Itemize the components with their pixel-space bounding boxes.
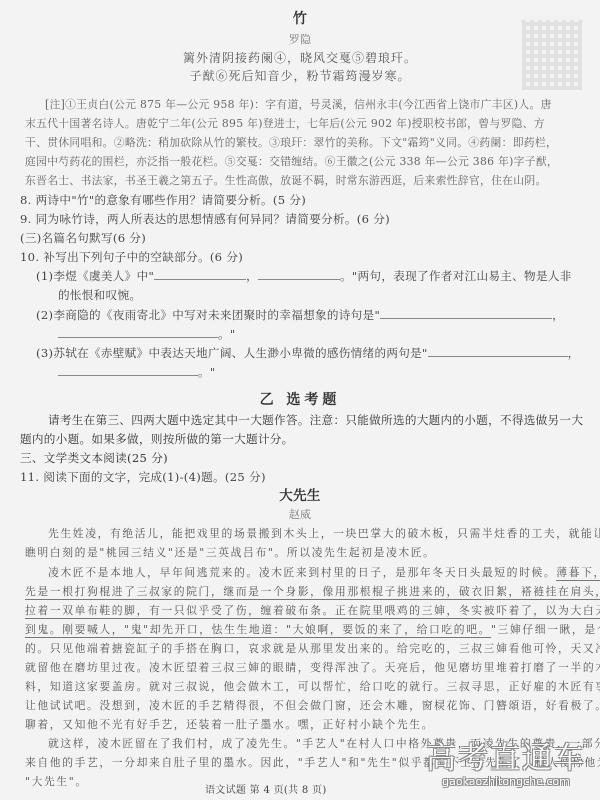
question-10-1: (1)李煜《虞美人》中"，。"两句，表现了作者对江山易主、物是人非: [36, 269, 572, 283]
question-10-1-cont: 的怅恨和叹惋。: [58, 288, 141, 302]
answer-blank[interactable]: [58, 327, 218, 338]
note-line-3: 干、贯休同唱和。②略洗：稍加砍除从竹的繁枝。③琅玕：翠竹的美称。下文"霜筠"义同…: [25, 136, 557, 150]
story-p2-line-9: 聊着，又知他不光有好手艺，还装着一肚子墨水。嘿，正好村小缺个先生。: [25, 718, 434, 732]
story-p2-line-1: 凌木匠不是本地人，早年间逃荒来的。凌木匠来到村里的日子，是那年冬天日头最短的时候…: [48, 566, 600, 580]
story-author: 赵威: [0, 508, 600, 522]
answer-blank[interactable]: [258, 269, 340, 280]
note-line-4: 庭园中芍药花的围栏，亦泛指一般花栏。⑤交戛：交错缠结。⑥王徽之(公元 338 年…: [25, 155, 558, 169]
note-line-1: [注]①王贞白(公元 875 年—公元 958 年)：字有道，号灵溪，信州永丰(…: [45, 98, 552, 112]
elective-section-title: 乙 选考题: [0, 393, 600, 407]
question-10-3-cont: 。": [58, 365, 216, 379]
story-p2-line-6: 就留他在磨坊里过夜。凌木匠望着三叔三婶的眼睛，变得浑浊了。天亮后，他见磨坊里堆着…: [25, 661, 600, 675]
elective-instruction-1: 请考生在第三、四两大题中选定其中一大题作答。注意：只能做所选的大题内的小题，不得…: [48, 413, 583, 427]
question-8: 8. 两诗中"竹"的意象有哪些作用？请简要分析。(5 分): [20, 193, 306, 207]
story-p2-line-8: 让他试试吧。没想到，凌木匠的手艺精得很，不但会做门窗，还会木雕，窗棂花饰、门簪頌…: [25, 699, 600, 713]
section-3-literary-heading: 三、文学类文本阅读(25 分): [20, 451, 168, 465]
section-3-heading: (三)名篇名句默写(6 分): [20, 231, 146, 245]
story-p3-line-3: "大先生"。: [25, 775, 88, 789]
question-10-2-cont: 。": [58, 327, 236, 341]
poem-author: 罗隐: [0, 33, 600, 47]
site-watermark: 高考直通车 gaokaozhitongche.com: [426, 743, 586, 788]
poem-line-2: 子猷⑥死后知音少，粉节霜筠漫岁寒。: [0, 69, 600, 83]
question-11: 11. 阅读下面的文字，完成(1)-(4)题。(25 分): [20, 470, 266, 484]
question-10-2: (2)李商隐的《夜雨寄北》中写对未来团聚时的幸福想象的诗句是"，: [36, 308, 564, 322]
note-line-2: 末五代十国著名诗人。唐乾宁二年(公元 895 年)登进士，七年后(公元 902 …: [25, 117, 545, 131]
story-p1-line-1: 先生姓凌，有绝活儿，能把戏里的场景搬到木头上，一块巴掌大的破木板，只需半炷香的工…: [48, 527, 600, 541]
elective-instruction-2: 题内的小题。如果多做，则按所做的第一大题计分。: [20, 432, 294, 446]
watermark-cn: 高考直通车: [426, 743, 586, 775]
story-p2-line-5: 的。只见他端着搪瓷缸子的手搭在胸口，哀求就是从那里发出来的。给完吃的，三叔三婶看…: [25, 642, 600, 656]
question-9: 9. 同为咏竹诗，两人所表达的思想情感有何异同？请简要分析。(6 分): [20, 212, 390, 226]
exam-page: 竹 罗隐 篱外清阴接药阑④，晓风交戛⑤碧琅玕。 子猷⑥死后知音少，粉节霜筠漫岁寒…: [0, 0, 600, 800]
story-p2-line-2: 先是一根打狗棍进了三叔家的院门，继而是一个身影，像用那根棍子挑进来的，破衣旧絮，…: [25, 585, 600, 599]
watermark-url: gaokaozhitongche.com: [426, 775, 586, 788]
answer-blank[interactable]: [380, 308, 552, 319]
answer-blank[interactable]: [58, 365, 198, 376]
answer-blank[interactable]: [154, 269, 246, 280]
story-p2-line-4: 到鬼。刚要喊人，"鬼"却先开口，怯生生地道："大娘啊，要饭的来了，给口吃的吧。"…: [25, 623, 600, 637]
question-10: 10. 补写出下列句子中的空缺部分。(6 分): [20, 250, 243, 264]
story-p2-line-3: 拉着一双单布鞋的脚，有一只似乎受了伤，缠着破布条。正在院里喂鸡的三婶，冬实被吓着…: [25, 604, 600, 618]
story-title: 大先生: [0, 489, 600, 503]
question-10-3: (3)苏轼在《赤壁赋》中表达天地广阔、人生渺小卑微的感伤情绪的两句是"，: [36, 346, 580, 360]
story-p2-line-7: 料，知道这家要盖房。就对三叔说，他会做木工，可以帮忙，给口吃的就行。三叔寻思，正…: [25, 680, 600, 694]
story-p1-line-2: 瞧明白刻的是"桃园三结义"还是"三英战吕布"。所以凌先生起初是凌木匠。: [25, 546, 436, 560]
poem-line-1: 篱外清阴接药阑④，晓风交戛⑤碧琅玕。: [0, 51, 600, 65]
page-footer: 语文试题 第 4 页(共 8 页): [205, 784, 327, 798]
answer-blank[interactable]: [428, 346, 568, 357]
poem-title: 竹: [0, 12, 600, 26]
note-line-5: 东晋名士、书法家，书圣王羲之第五子。生性高傲，放诞不羁，时常东游西逛，后来索性辞…: [25, 174, 547, 188]
